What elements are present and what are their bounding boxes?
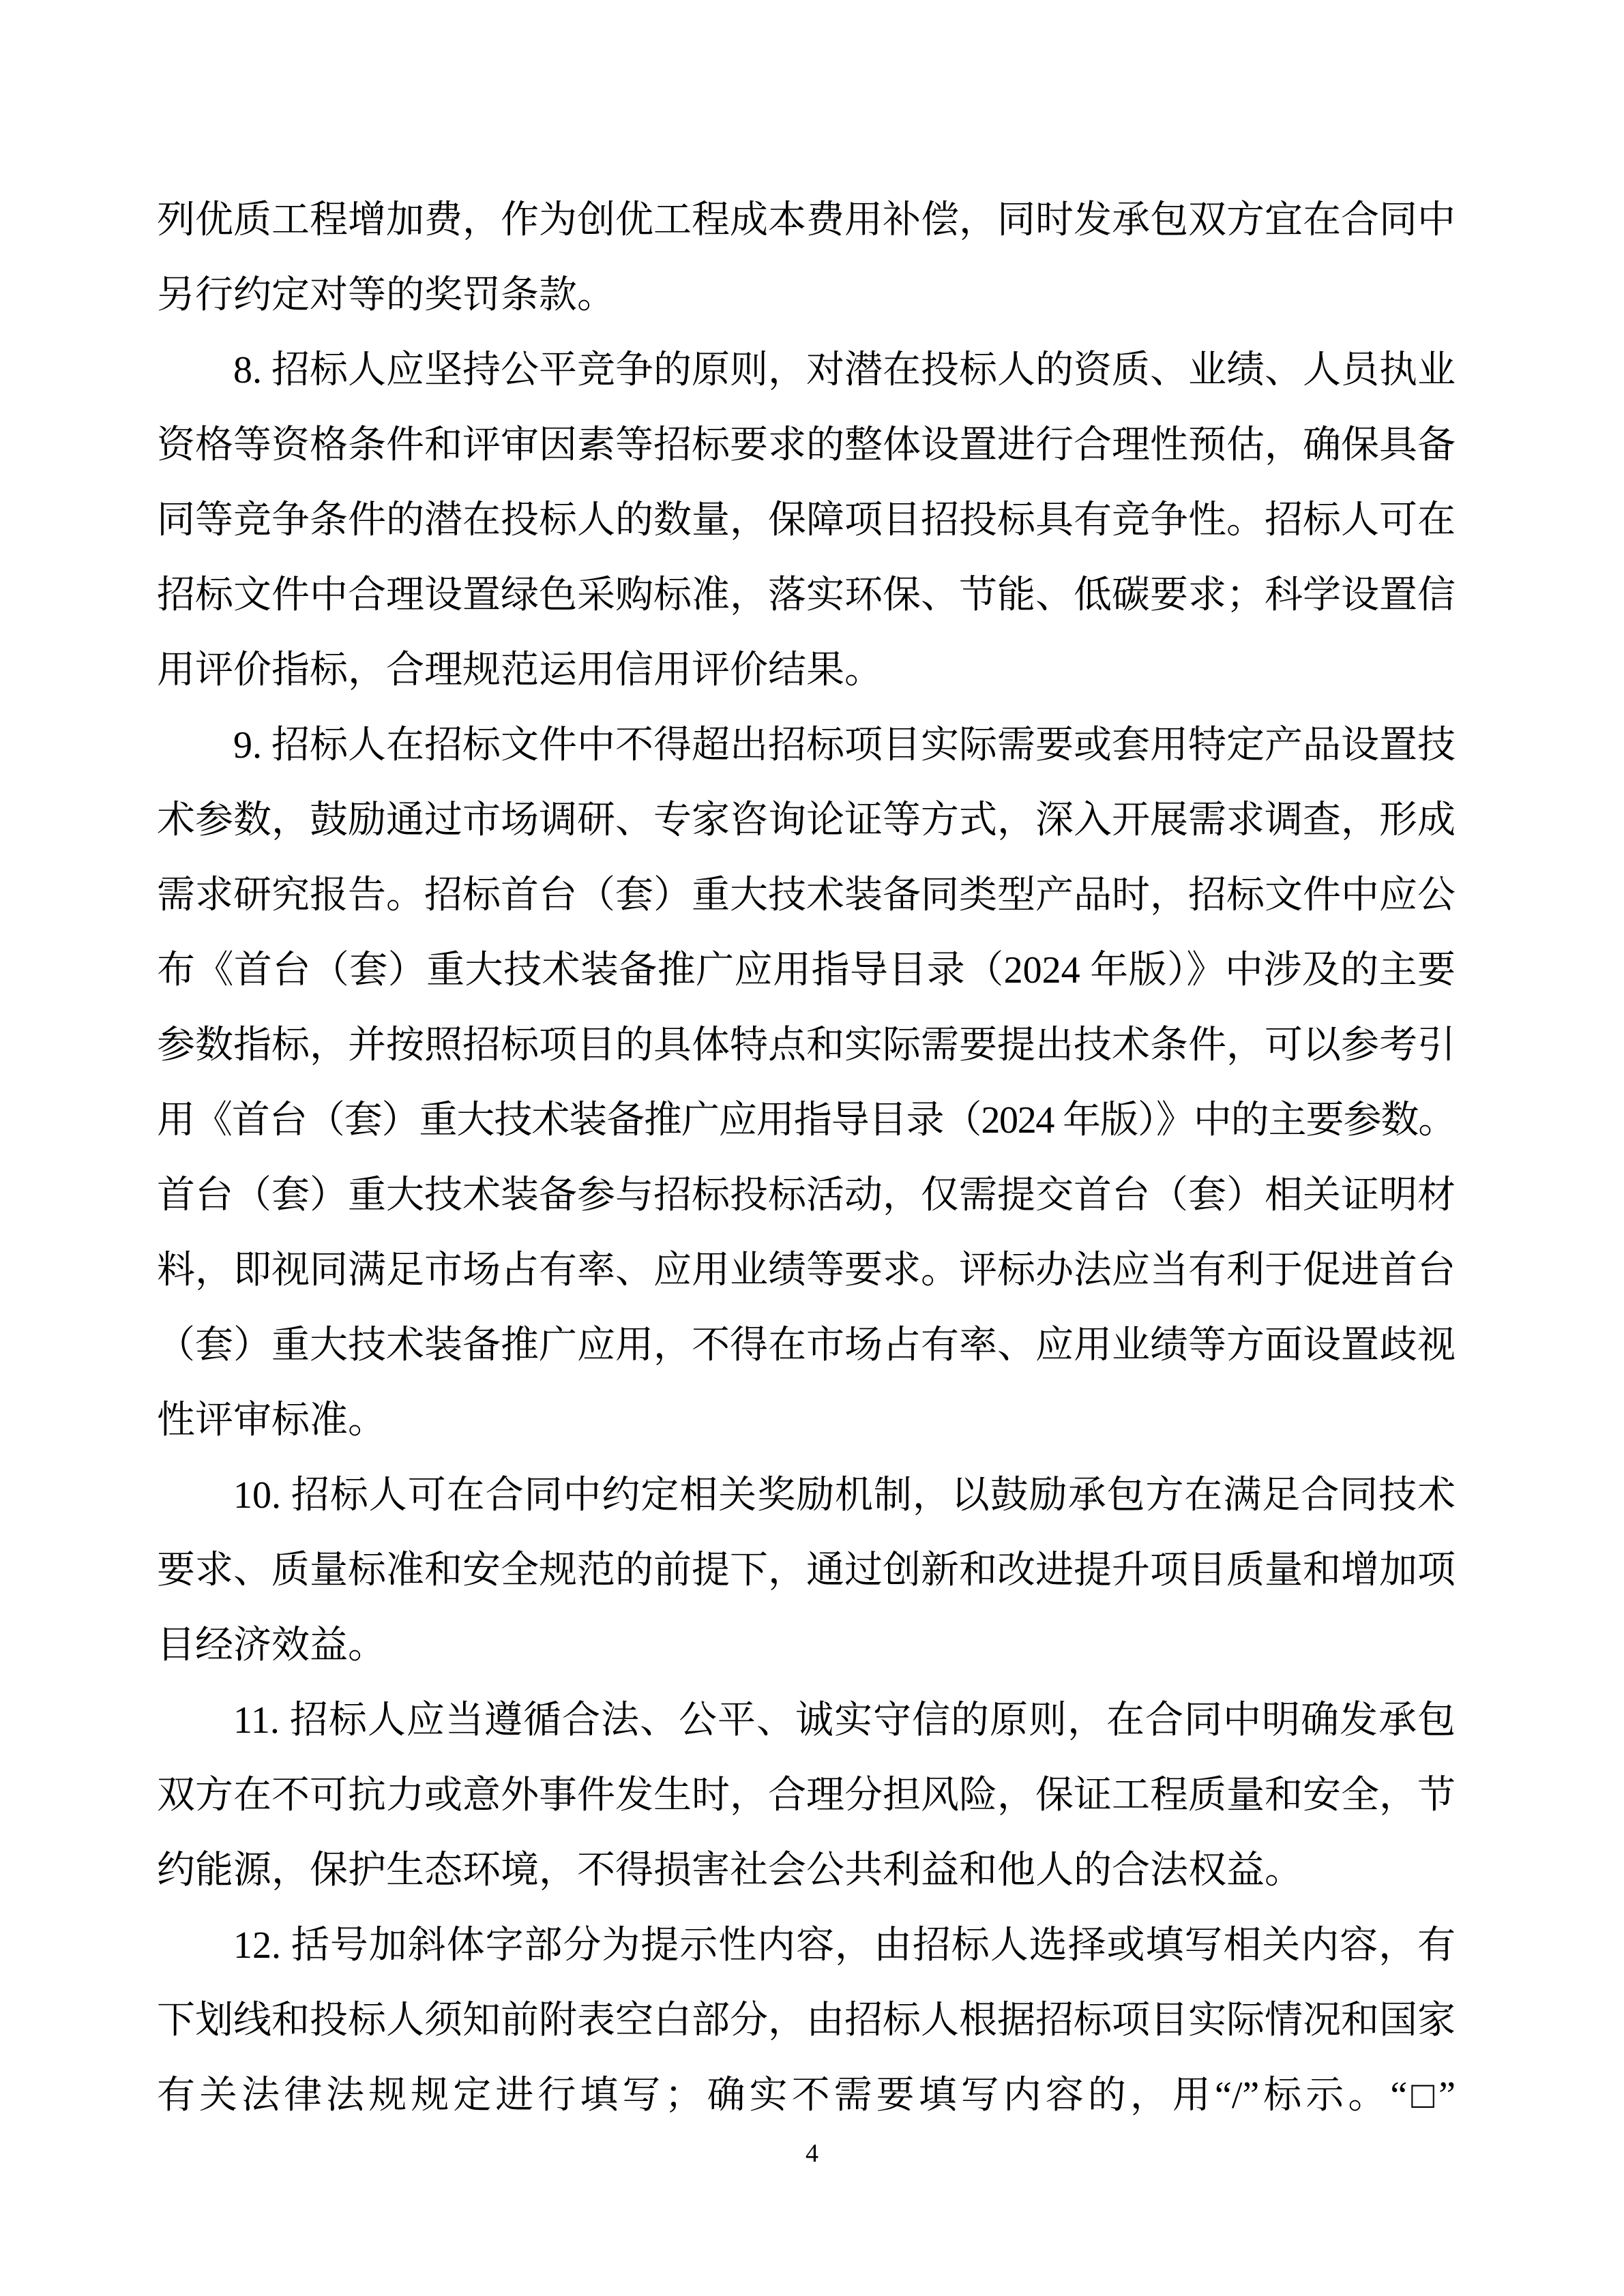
text-line: 列优质工程增加费，作为创优工程成本费用补偿，同时发承包双方宜在合同中	[157, 183, 1456, 258]
text-line: 资格等资格条件和评审因素等招标要求的整体设置进行合理性预估，确保具备	[157, 408, 1456, 483]
text-line: 有关法律法规规定进行填写；确实不需要填写内容的，用“/”标示。“□”	[157, 2058, 1456, 2133]
text-line: 首台（套）重大技术装备参与招标投标活动，仅需提交首台（套）相关证明材	[157, 1158, 1456, 1233]
document-body: 列优质工程增加费，作为创优工程成本费用补偿，同时发承包双方宜在合同中另行约定对等…	[157, 183, 1456, 2133]
text-line: （套）重大技术装备推广应用，不得在市场占有率、应用业绩等方面设置歧视	[157, 1308, 1456, 1383]
text-line: 招标文件中合理设置绿色采购标准，落实环保、节能、低碳要求；科学设置信	[157, 558, 1456, 633]
text-line: 术参数，鼓励通过市场调研、专家咨询论证等方式，深入开展需求调查，形成	[157, 783, 1456, 858]
text-line: 要求、质量标准和安全规范的前提下，通过创新和改进提升项目质量和增加项	[157, 1533, 1456, 1608]
text-line: 约能源，保护生态环境，不得损害社会公共利益和他人的合法权益。	[157, 1833, 1456, 1908]
text-line: 用评价指标，合理规范运用信用评价结果。	[157, 633, 1456, 708]
text-line: 同等竞争条件的潜在投标人的数量，保障项目招投标具有竞争性。招标人可在	[157, 483, 1456, 558]
document-page: 列优质工程增加费，作为创优工程成本费用补偿，同时发承包双方宜在合同中另行约定对等…	[0, 0, 1624, 2296]
text-line: 9. 招标人在招标文件中不得超出招标项目实际需要或套用特定产品设置技	[157, 708, 1456, 783]
text-line: 需求研究报告。招标首台（套）重大技术装备同类型产品时，招标文件中应公	[157, 858, 1456, 933]
text-line: 参数指标，并按照招标项目的具体特点和实际需要提出技术条件，可以参考引	[157, 1008, 1456, 1083]
text-line: 11. 招标人应当遵循合法、公平、诚实守信的原则，在合同中明确发承包	[157, 1683, 1456, 1758]
text-line: 8. 招标人应坚持公平竞争的原则，对潜在投标人的资质、业绩、人员执业	[157, 333, 1456, 408]
text-line: 料，即视同满足市场占有率、应用业绩等要求。评标办法应当有利于促进首台	[157, 1233, 1456, 1308]
text-line: 另行约定对等的奖罚条款。	[157, 258, 1456, 333]
text-line: 目经济效益。	[157, 1608, 1456, 1683]
text-line: 性评审标准。	[157, 1383, 1456, 1458]
text-line: 用《首台（套）重大技术装备推广应用指导目录（2024 年版）》中的主要参数。	[157, 1083, 1456, 1158]
page-number: 4	[0, 2133, 1624, 2174]
text-line: 12. 括号加斜体字部分为提示性内容，由招标人选择或填写相关内容，有	[157, 1908, 1456, 1983]
text-line: 双方在不可抗力或意外事件发生时，合理分担风险，保证工程质量和安全，节	[157, 1758, 1456, 1833]
text-line: 下划线和投标人须知前附表空白部分，由招标人根据招标项目实际情况和国家	[157, 1983, 1456, 2058]
text-line: 10. 招标人可在合同中约定相关奖励机制，以鼓励承包方在满足合同技术	[157, 1458, 1456, 1533]
text-line: 布《首台（套）重大技术装备推广应用指导目录（2024 年版）》中涉及的主要	[157, 933, 1456, 1008]
